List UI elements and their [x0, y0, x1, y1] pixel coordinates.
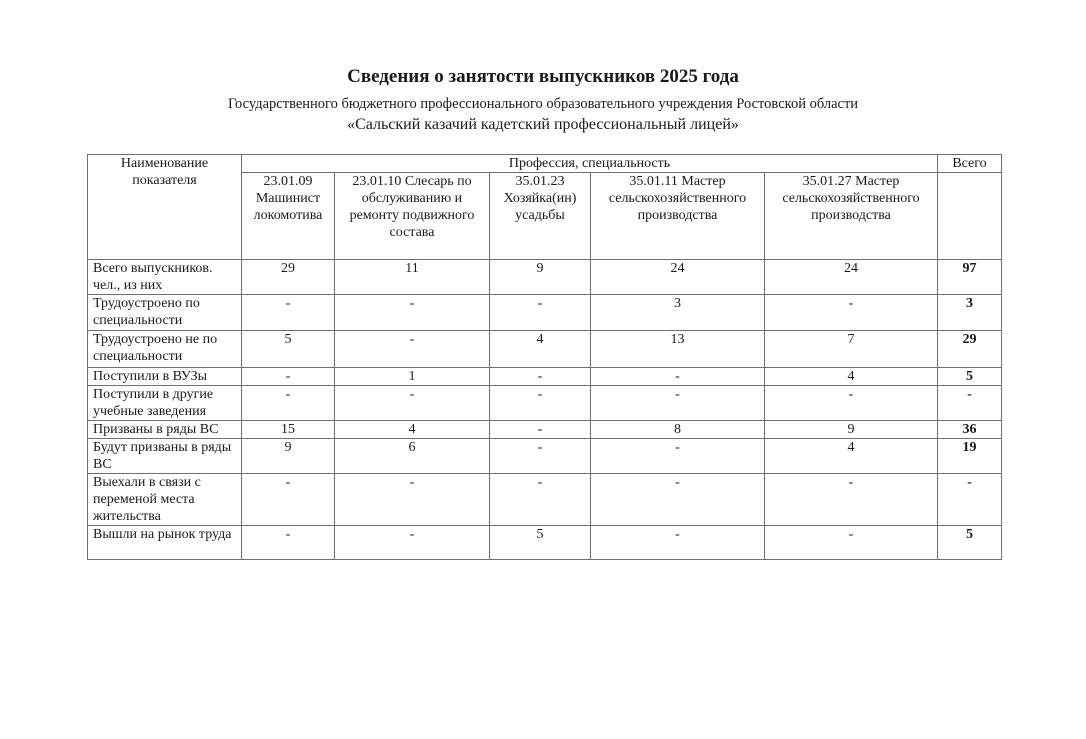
- value-cell: -: [765, 295, 938, 331]
- total-cell: 5: [938, 368, 1002, 386]
- total-cell: 36: [938, 421, 1002, 439]
- value-cell: 7: [765, 331, 938, 368]
- row-label: Будут призваны в ряды ВС: [88, 439, 242, 474]
- value-cell: -: [335, 526, 490, 560]
- value-cell: 4: [765, 368, 938, 386]
- value-cell: 9: [242, 439, 335, 474]
- total-cell: 19: [938, 439, 1002, 474]
- row-label: Выехали в связи с переменой места житель…: [88, 474, 242, 526]
- total-cell: 5: [938, 526, 1002, 560]
- profession-header: 35.01.23 Хозяйка(ин) усадьбы: [490, 173, 591, 260]
- value-cell: 9: [490, 260, 591, 295]
- value-cell: -: [335, 474, 490, 526]
- value-cell: 11: [335, 260, 490, 295]
- value-cell: -: [490, 368, 591, 386]
- value-cell: -: [242, 526, 335, 560]
- value-cell: 13: [591, 331, 765, 368]
- profession-header: 35.01.27 Мастер сельскохозяйственного пр…: [765, 173, 938, 260]
- table-row: Выехали в связи с переменой места житель…: [88, 474, 1002, 526]
- value-cell: 4: [765, 439, 938, 474]
- row-label: Поступили в ВУЗы: [88, 368, 242, 386]
- value-cell: -: [765, 474, 938, 526]
- value-cell: -: [591, 526, 765, 560]
- value-cell: -: [490, 439, 591, 474]
- total-cell: 97: [938, 260, 1002, 295]
- value-cell: -: [765, 526, 938, 560]
- total-cell: -: [938, 386, 1002, 421]
- total-cell: 3: [938, 295, 1002, 331]
- profession-header: 23.01.09 Машинист локомотива: [242, 173, 335, 260]
- profession-header: 35.01.11 Мастер сельскохозяйственного пр…: [591, 173, 765, 260]
- row-label: Призваны в ряды ВС: [88, 421, 242, 439]
- value-cell: -: [242, 368, 335, 386]
- value-cell: 5: [490, 526, 591, 560]
- table-row: Будут призваны в ряды ВС96--419: [88, 439, 1002, 474]
- value-cell: 4: [490, 331, 591, 368]
- value-cell: -: [242, 295, 335, 331]
- value-cell: 6: [335, 439, 490, 474]
- value-cell: -: [490, 474, 591, 526]
- row-label: Трудоустроено не по специальности: [88, 331, 242, 368]
- value-cell: -: [591, 439, 765, 474]
- profession-group-header: Профессия, специальность: [242, 155, 938, 173]
- value-cell: 29: [242, 260, 335, 295]
- value-cell: 3: [591, 295, 765, 331]
- row-label: Поступили в другие учебные заведения: [88, 386, 242, 421]
- value-cell: -: [591, 368, 765, 386]
- table-row: Поступили в другие учебные заведения----…: [88, 386, 1002, 421]
- row-label: Всего выпускников. чел., из них: [88, 260, 242, 295]
- value-cell: 24: [765, 260, 938, 295]
- total-cell: 29: [938, 331, 1002, 368]
- value-cell: -: [242, 386, 335, 421]
- value-cell: -: [335, 295, 490, 331]
- table-row: Вышли на рынок труда--5--5: [88, 526, 1002, 560]
- value-cell: 24: [591, 260, 765, 295]
- table-row: Трудоустроено по специальности---3-3: [88, 295, 1002, 331]
- total-cell: -: [938, 474, 1002, 526]
- table-row: Призваны в ряды ВС154-8936: [88, 421, 1002, 439]
- value-cell: 15: [242, 421, 335, 439]
- table-header-row: Наименование показателя Профессия, специ…: [88, 155, 1002, 173]
- value-cell: -: [591, 386, 765, 421]
- value-cell: -: [242, 474, 335, 526]
- value-cell: -: [490, 295, 591, 331]
- value-cell: 5: [242, 331, 335, 368]
- row-label: Вышли на рынок труда: [88, 526, 242, 560]
- value-cell: -: [335, 386, 490, 421]
- indicator-header: Наименование показателя: [88, 155, 242, 260]
- table-row: Трудоустроено не по специальности5-41372…: [88, 331, 1002, 368]
- total-header-spacer: [938, 173, 1002, 260]
- document-title: Сведения о занятости выпускников 2025 го…: [0, 66, 1086, 88]
- value-cell: 8: [591, 421, 765, 439]
- value-cell: -: [591, 474, 765, 526]
- graduate-employment-table: Наименование показателя Профессия, специ…: [87, 154, 1002, 560]
- value-cell: -: [335, 331, 490, 368]
- document-subtitle: Государственного бюджетного профессионал…: [0, 96, 1086, 113]
- table-row: Поступили в ВУЗы-1--45: [88, 368, 1002, 386]
- value-cell: -: [490, 386, 591, 421]
- table-row: Всего выпускников. чел., из них291192424…: [88, 260, 1002, 295]
- value-cell: -: [490, 421, 591, 439]
- profession-header: 23.01.10 Слесарь по обслуживанию и ремон…: [335, 173, 490, 260]
- value-cell: -: [765, 386, 938, 421]
- value-cell: 9: [765, 421, 938, 439]
- row-label: Трудоустроено по специальности: [88, 295, 242, 331]
- institution-name: «Сальский казачий кадетский профессионал…: [0, 116, 1086, 134]
- total-header: Всего: [938, 155, 1002, 173]
- value-cell: 1: [335, 368, 490, 386]
- value-cell: 4: [335, 421, 490, 439]
